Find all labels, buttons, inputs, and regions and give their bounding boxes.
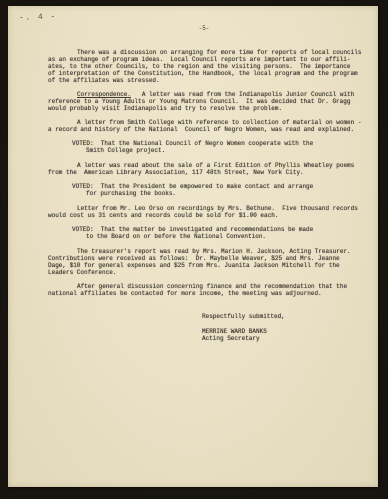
signature-title: Acting Secretary xyxy=(202,335,360,342)
scan-background: -. 4 - -5- There was a discussion on arr… xyxy=(0,0,388,499)
closing-block: Respectfully submitted, MERRINE WARD BAN… xyxy=(202,313,360,342)
motion-voted-records: VOTED: That the matter be investigated a… xyxy=(86,226,360,240)
pencil-annotation: -. 4 - xyxy=(19,12,57,22)
document-page: -. 4 - -5- There was a discussion on arr… xyxy=(8,6,378,487)
paragraph-wheatley-letter: A letter was read about the sale of a Fi… xyxy=(48,162,360,176)
signature-name: MERRINE WARD BANKS xyxy=(202,328,360,335)
paragraph-orso-letter: Letter from Mr. Leo Orso on recordings b… xyxy=(48,205,360,219)
paragraph-treasurer-report: The treasurer's report was read by Mrs. … xyxy=(48,248,360,276)
correspondence-heading: Correspondence. xyxy=(77,91,131,98)
motion-voted-purchase-books: VOTED: That the President be empowered t… xyxy=(86,183,360,197)
page-number: -5- xyxy=(48,25,360,32)
paragraph-adjournment: After general discussion concerning fina… xyxy=(48,283,360,297)
motion-voted-smith-college: VOTED: That the National Council of Negr… xyxy=(86,140,360,154)
paragraph-smith-letter: A letter from Smith College with referen… xyxy=(48,119,360,133)
paragraph-correspondence: Correspondence. A letter was read from t… xyxy=(48,91,360,112)
closing-salutation: Respectfully submitted, xyxy=(202,313,360,320)
paragraph-discussion: There was a discussion on arranging for … xyxy=(48,49,360,84)
